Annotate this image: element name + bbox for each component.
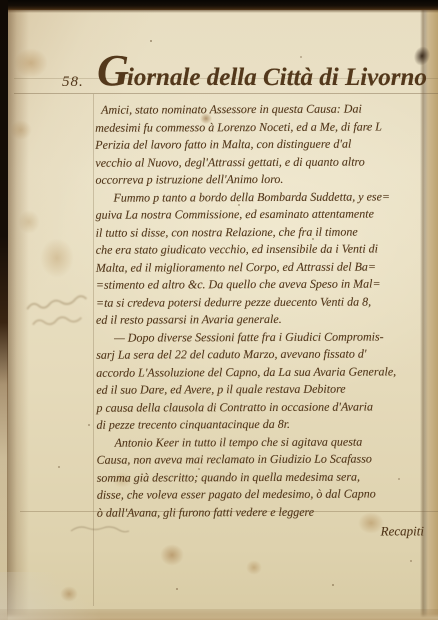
manuscript-line: il tutto si disse, con nostra Relazione,…: [96, 223, 430, 242]
manuscript-line: Causa, non aveva mai reclamato in Giudiz…: [97, 450, 431, 469]
manuscript-line: Antonio Keer in tutto il tempo che si ag…: [97, 433, 431, 452]
manuscript-line: disse, che voleva esser pagato del medes…: [97, 485, 431, 504]
binding-top: [0, 0, 438, 10]
manuscript-line: Amici, stato nominato Assessore in quest…: [95, 100, 429, 119]
manuscript-line: Perizia del lavoro fatto in Malta, con d…: [95, 135, 429, 154]
manuscript-line: occorreva p istruzione dell'Animo loro.: [95, 170, 429, 189]
manuscript-line: =stimento ed altro &c. Da quello che ave…: [96, 275, 430, 294]
page-title: Giornale della Città di Livorno: [96, 46, 428, 96]
ink-stain: [160, 544, 184, 566]
manuscript-text: Amici, stato nominato Assessore in quest…: [95, 100, 431, 521]
manuscript-line: somma già descritto; quando in quella me…: [97, 468, 431, 487]
manuscript-line: p causa della clausola di Contratto in o…: [96, 398, 430, 417]
manuscript-page: 58. Giornale della Città di Livorno Amic…: [0, 0, 438, 620]
manuscript-line: Fummo p tanto a bordo della Bombarda Sud…: [95, 188, 429, 207]
binding-left: [0, 0, 8, 620]
pencil-mark: [68, 522, 132, 538]
manuscript-line: accordo L'Assoluzione del Capno, da La s…: [96, 363, 430, 382]
manuscript-line: che era stato giudicato vecchio, ed inse…: [96, 240, 430, 259]
corner-highlight: [0, 572, 100, 620]
ink-stain: [40, 238, 74, 278]
manuscript-line: ed il suo Dare, ed Avere, p il quale res…: [96, 380, 430, 399]
ink-stain: [246, 560, 262, 575]
manuscript-line: =ta si credeva potersi dedurre pezze due…: [96, 293, 430, 312]
manuscript-line: vecchio al Nuovo, degl'Attrassi gettati,…: [95, 153, 429, 172]
signature-word: Recapiti: [96, 522, 430, 541]
manuscript-line: — Dopo diverse Sessioni fatte fra i Giud…: [96, 328, 430, 347]
signature-block: Recapiti: [96, 519, 430, 546]
manuscript-line: di pezze trecento cinquantacinque da 8r.: [96, 415, 430, 434]
page-number: 58.: [62, 74, 84, 91]
manuscript-line: sarj La sera del 22 del caduto Marzo, av…: [96, 345, 430, 364]
manuscript-line: ed il resto passarsi in Avaria generale.: [96, 310, 430, 329]
manuscript-line: Malta, ed il miglioramento nel Corpo, ed…: [96, 258, 430, 277]
manuscript-line: medesimi fu commesso à Lorenzo Noceti, e…: [95, 118, 429, 137]
margin-bleedthrough-mark: [22, 289, 94, 342]
manuscript-line: guiva La nostra Commissione, ed esaminat…: [96, 205, 430, 224]
